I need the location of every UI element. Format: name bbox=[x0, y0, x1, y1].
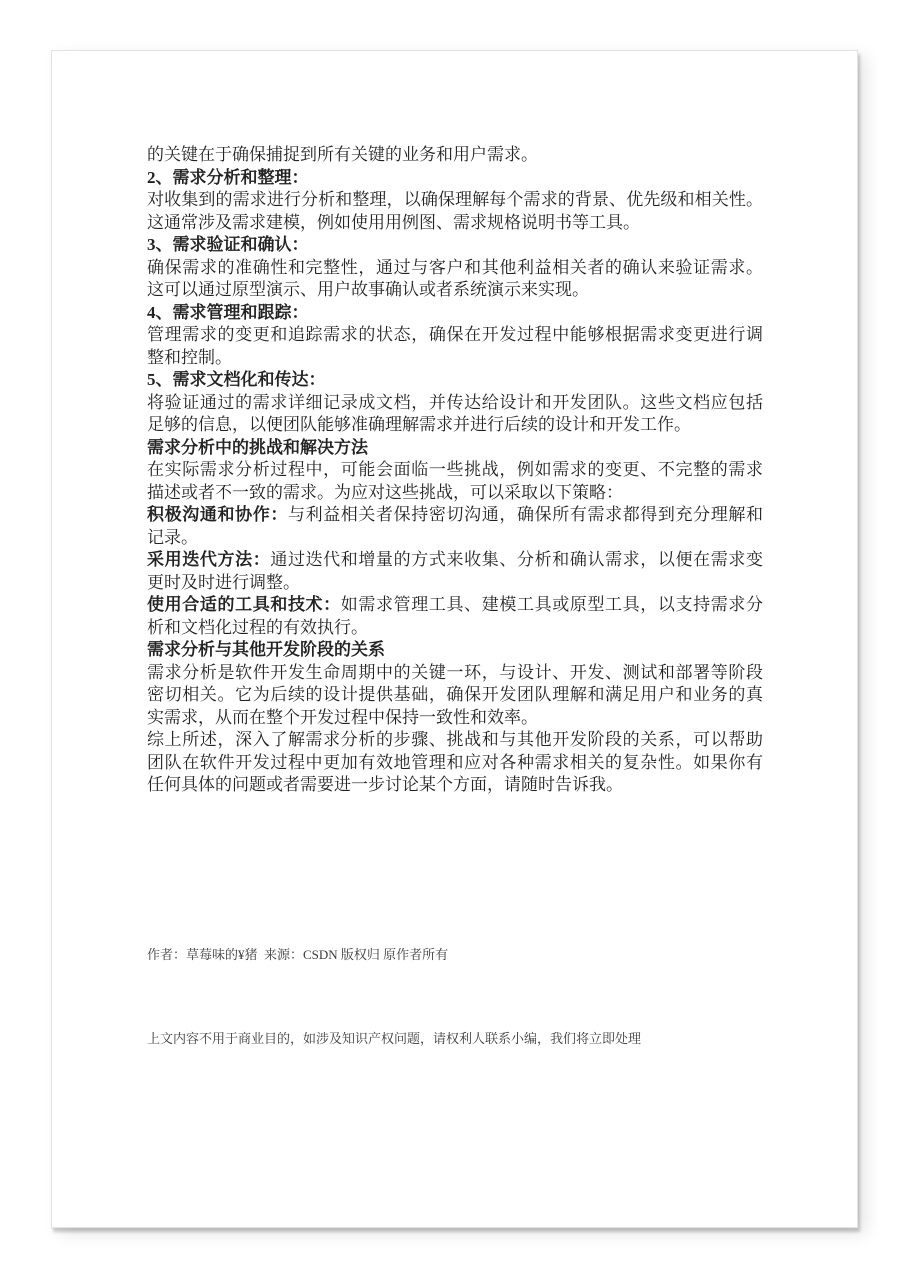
bold-text-segment: 需求分析与其他开发阶段的关系 bbox=[147, 640, 385, 659]
text-segment: 这可以通过原型演示、用户故事确认或者系统演示来实现。 bbox=[147, 280, 589, 299]
text-segment: 确保需求的准确性和完整性，通过与客户和其他利益相关者的确认来验证需求。 bbox=[147, 258, 763, 277]
heading-line: 需求分析与其他开发阶段的关系 bbox=[147, 639, 763, 662]
text-line: 这通常涉及需求建模，例如使用用例图、需求规格说明书等工具。 bbox=[147, 212, 763, 235]
text-segment: 记录。 bbox=[147, 528, 198, 547]
text-segment: 综上所述，深入了解需求分析的步骤、挑战和与其他开发阶段的关系，可以帮助 bbox=[147, 730, 763, 749]
text-line: 综上所述，深入了解需求分析的步骤、挑战和与其他开发阶段的关系，可以帮助 bbox=[147, 729, 763, 752]
text-line: 积极沟通和协作：与利益相关者保持密切沟通，确保所有需求都得到充分理解和 bbox=[147, 504, 763, 527]
bold-text-segment: 使用合适的工具和技术： bbox=[147, 595, 341, 614]
bold-text-segment: 3、需求验证和确认： bbox=[147, 235, 309, 254]
text-line: 确保需求的准确性和完整性，通过与客户和其他利益相关者的确认来验证需求。 bbox=[147, 257, 763, 280]
bold-text-segment: 5、需求文档化和传达： bbox=[147, 370, 326, 389]
text-segment: 如需求管理工具、建模工具或原型工具，以支持需求分 bbox=[341, 595, 763, 614]
text-line: 析和文档化过程的有效执行。 bbox=[147, 617, 763, 640]
text-line: 更时及时进行调整。 bbox=[147, 572, 763, 595]
text-line: 这可以通过原型演示、用户故事确认或者系统演示来实现。 bbox=[147, 279, 763, 302]
text-line: 团队在软件开发过程中更加有效地管理和应对各种需求相关的复杂性。如果你有 bbox=[147, 752, 763, 775]
text-segment: 密切相关。它为后续的设计提供基础，确保开发团队理解和满足用户和业务的真 bbox=[147, 685, 763, 704]
heading-line: 4、需求管理和跟踪： bbox=[147, 302, 763, 325]
text-line: 实需求，从而在整个开发过程中保持一致性和效率。 bbox=[147, 707, 763, 730]
text-segment: 通过迭代和增量的方式来收集、分析和确认需求，以便在需求变 bbox=[270, 550, 763, 569]
heading-line: 3、需求验证和确认： bbox=[147, 234, 763, 257]
text-segment: 与利益相关者保持密切沟通，确保所有需求都得到充分理解和 bbox=[288, 505, 763, 524]
heading-line: 需求分析中的挑战和解决方法 bbox=[147, 437, 763, 460]
text-line: 任何具体的问题或者需要进一步讨论某个方面，请随时告诉我。 bbox=[147, 774, 763, 797]
text-segment: 析和文档化过程的有效执行。 bbox=[147, 618, 368, 637]
screenshot-canvas: { "colors": { "canvas_background": "#fff… bbox=[0, 0, 910, 1280]
bold-text-segment: 积极沟通和协作： bbox=[147, 505, 288, 524]
text-line: 将验证通过的需求详细记录成文档，并传达给设计和开发团队。这些文档应包括 bbox=[147, 392, 763, 415]
heading-line: 5、需求文档化和传达： bbox=[147, 369, 763, 392]
footer-disclaimer-line: 上文内容不用于商业目的，如涉及知识产权问题，请权利人联系小编，我们将立即处理 bbox=[147, 1025, 747, 1053]
bold-text-segment: 4、需求管理和跟踪： bbox=[147, 303, 309, 322]
text-line: 密切相关。它为后续的设计提供基础，确保开发团队理解和满足用户和业务的真 bbox=[147, 684, 763, 707]
text-line: 整和控制。 bbox=[147, 347, 763, 370]
bold-text-segment: 采用迭代方法： bbox=[147, 550, 270, 569]
bold-text-segment: 需求分析中的挑战和解决方法 bbox=[147, 438, 368, 457]
document-body: 的关键在于确保捕捉到所有关键的业务和用户需求。2、需求分析和整理：对收集到的需求… bbox=[147, 144, 763, 797]
text-segment: 将验证通过的需求详细记录成文档，并传达给设计和开发团队。这些文档应包括 bbox=[147, 393, 763, 412]
heading-line: 2、需求分析和整理： bbox=[147, 167, 763, 190]
text-line: 记录。 bbox=[147, 527, 763, 550]
text-line: 足够的信息，以便团队能够准确理解需求并进行后续的设计和开发工作。 bbox=[147, 414, 763, 437]
text-segment: 任何具体的问题或者需要进一步讨论某个方面，请随时告诉我。 bbox=[147, 775, 623, 794]
text-line: 管理需求的变更和追踪需求的状态，确保在开发过程中能够根据需求变更进行调 bbox=[147, 324, 763, 347]
text-line: 使用合适的工具和技术：如需求管理工具、建模工具或原型工具，以支持需求分 bbox=[147, 594, 763, 617]
text-segment: 需求分析是软件开发生命周期中的关键一环，与设计、开发、测试和部署等阶段 bbox=[147, 663, 763, 682]
text-segment: 描述或者不一致的需求。为应对这些挑战，可以采取以下策略： bbox=[147, 483, 623, 502]
text-line: 在实际需求分析过程中，可能会面临一些挑战，例如需求的变更、不完整的需求 bbox=[147, 459, 763, 482]
bold-text-segment: 2、需求分析和整理： bbox=[147, 168, 309, 187]
page-sheet: 的关键在于确保捕捉到所有关键的业务和用户需求。2、需求分析和整理：对收集到的需求… bbox=[51, 50, 858, 1228]
text-line: 采用迭代方法：通过迭代和增量的方式来收集、分析和确认需求，以便在需求变 bbox=[147, 549, 763, 572]
text-segment: 实需求，从而在整个开发过程中保持一致性和效率。 bbox=[147, 708, 538, 727]
text-segment: 的关键在于确保捕捉到所有关键的业务和用户需求。 bbox=[147, 145, 538, 164]
text-segment: 管理需求的变更和追踪需求的状态，确保在开发过程中能够根据需求变更进行调 bbox=[147, 325, 763, 344]
text-segment: 足够的信息，以便团队能够准确理解需求并进行后续的设计和开发工作。 bbox=[147, 415, 691, 434]
footer: 作者：草莓味的¥猪 来源：CSDN 版权归 原作者所有 上文内容不用于商业目的，… bbox=[147, 885, 747, 1109]
text-line: 的关键在于确保捕捉到所有关键的业务和用户需求。 bbox=[147, 144, 763, 167]
text-segment: 更时及时进行调整。 bbox=[147, 573, 300, 592]
footer-author-line: 作者：草莓味的¥猪 来源：CSDN 版权归 原作者所有 bbox=[147, 941, 747, 969]
text-segment: 整和控制。 bbox=[147, 348, 232, 367]
text-line: 对收集到的需求进行分析和整理，以确保理解每个需求的背景、优先级和相关性。 bbox=[147, 189, 763, 212]
text-segment: 团队在软件开发过程中更加有效地管理和应对各种需求相关的复杂性。如果你有 bbox=[147, 753, 763, 772]
text-line: 需求分析是软件开发生命周期中的关键一环，与设计、开发、测试和部署等阶段 bbox=[147, 662, 763, 685]
text-line: 描述或者不一致的需求。为应对这些挑战，可以采取以下策略： bbox=[147, 482, 763, 505]
text-segment: 在实际需求分析过程中，可能会面临一些挑战，例如需求的变更、不完整的需求 bbox=[147, 460, 763, 479]
text-segment: 这通常涉及需求建模，例如使用用例图、需求规格说明书等工具。 bbox=[147, 213, 640, 232]
text-segment: 对收集到的需求进行分析和整理，以确保理解每个需求的背景、优先级和相关性。 bbox=[147, 190, 763, 209]
